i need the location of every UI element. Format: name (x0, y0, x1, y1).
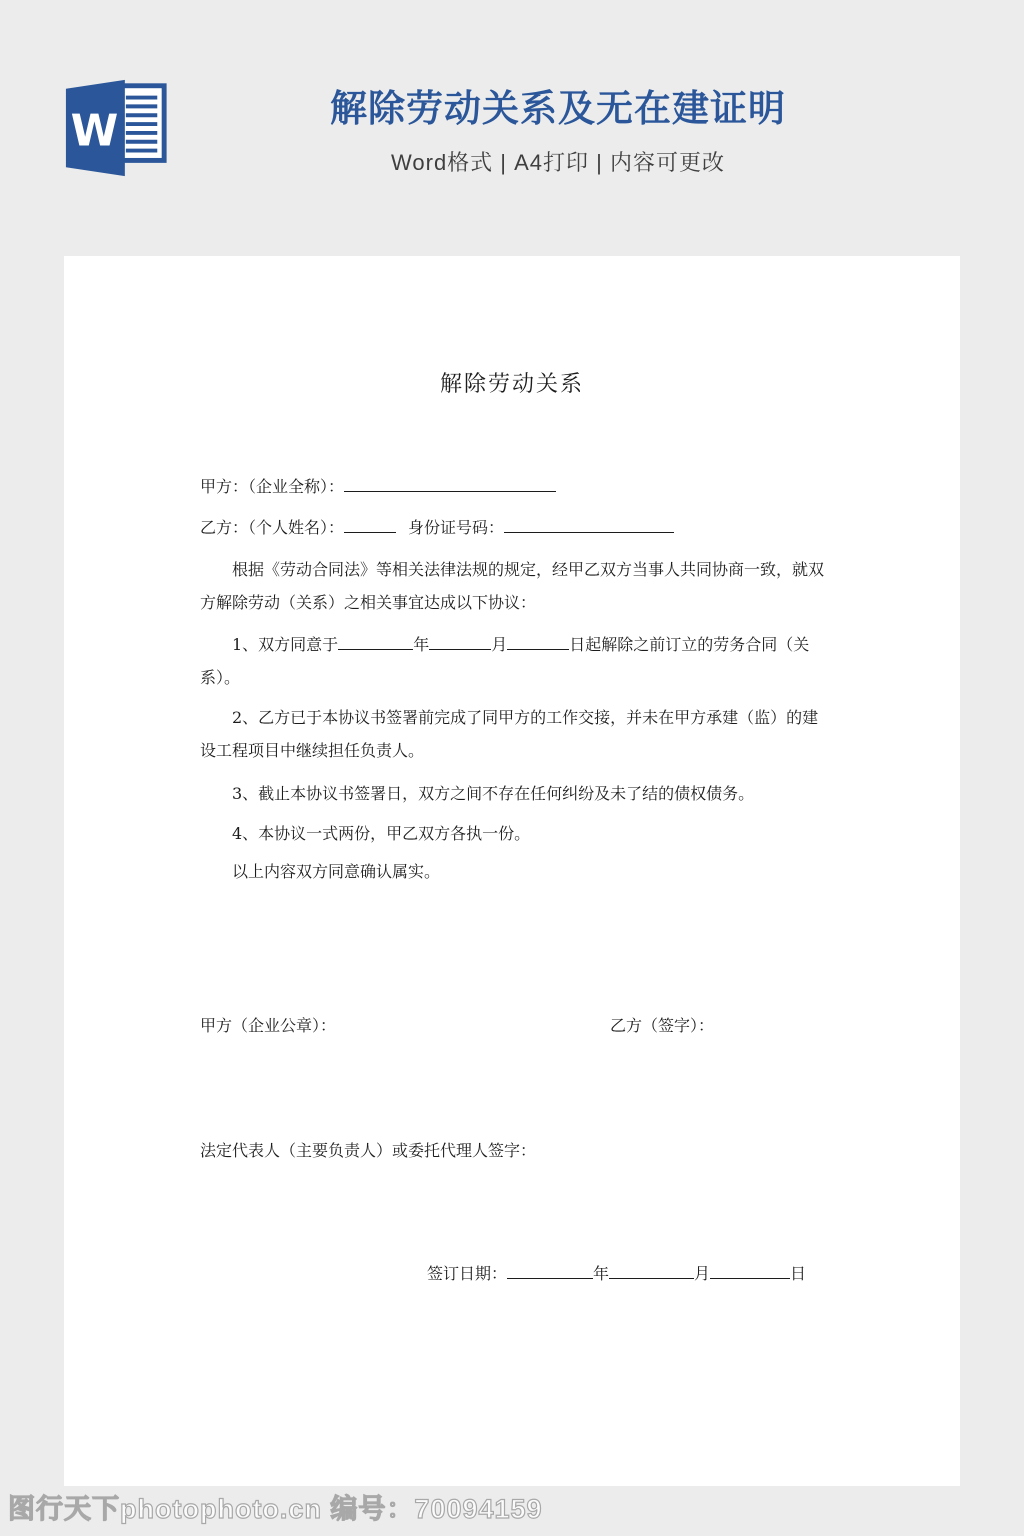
header-text-block: 解除劳动关系及无在建证明 Word格式 | A4打印 | 内容可更改 (0, 88, 1024, 177)
agreement-item-4: 4、本协议一式两份，甲乙双方各执一份。 (200, 817, 824, 850)
blank-year (338, 635, 413, 650)
blank-person-name (344, 518, 396, 533)
agreement-item-2: 2、乙方已于本协议书签署前完成了同甲方的工作交接，并未在甲方承建（监）的建设工程… (200, 701, 824, 767)
id-number-label: 身份证号码： (408, 518, 504, 537)
blank-day (507, 635, 569, 650)
blank-company-name (344, 477, 556, 492)
date-label: 签订日期： (427, 1264, 507, 1283)
date-year-label: 年 (593, 1264, 609, 1283)
party-b-line: 乙方：（个人姓名）：身份证号码： (200, 511, 824, 544)
party-b-label: 乙方：（个人姓名）： (200, 518, 344, 537)
item1-prefix: 1、双方同意于 (232, 635, 338, 654)
blank-month (429, 635, 491, 650)
confirmation-line: 以上内容双方同意确认属实。 (200, 855, 824, 888)
party-a-label: 甲方：（企业全称）： (200, 477, 344, 496)
signing-date-line: 签订日期：年月日 (427, 1257, 824, 1290)
item1-year-label: 年 (413, 635, 429, 654)
party-a-seal-label: 甲方（企业公章）： (200, 1016, 336, 1035)
date-day-label: 日 (790, 1264, 806, 1283)
blank-date-month (609, 1264, 694, 1279)
agreement-item-3: 3、截止本协议书签署日，双方之间不存在任何纠纷及未了结的债权债务。 (200, 777, 824, 810)
document-page: 解除劳动关系 甲方：（企业全称）： 乙方：（个人姓名）：身份证号码： 根据《劳动… (64, 256, 960, 1486)
agreement-item-1: 1、双方同意于年月日起解除之前订立的劳务合同（关系）。 (200, 628, 824, 694)
legal-representative-line: 法定代表人（主要负责人）或委托代理人签字： (200, 1134, 824, 1167)
site-watermark: 图行天下photophoto.cn 编号：70094159 (8, 1487, 1024, 1531)
template-title: 解除劳动关系及无在建证明 (92, 88, 1024, 130)
blank-date-day (710, 1264, 790, 1279)
party-b-sign-label: 乙方（签字）： (610, 1009, 714, 1042)
date-month-label: 月 (694, 1264, 710, 1283)
blank-id-number (504, 518, 674, 533)
document-title: 解除劳动关系 (200, 370, 824, 400)
signature-row: 甲方（企业公章）： 乙方（签字）： (200, 1009, 824, 1042)
intro-paragraph: 根据《劳动合同法》等相关法律法规的规定，经甲乙双方当事人共同协商一致，就双方解除… (200, 553, 824, 619)
party-a-line: 甲方：（企业全称）： (200, 470, 824, 503)
template-subtitle: Word格式 | A4打印 | 内容可更改 (92, 146, 1024, 177)
blank-date-year (507, 1264, 593, 1279)
template-header: W 解除劳动关系及无在建证明 Word格式 | A4打印 | 内容可更改 (0, 0, 1024, 256)
item1-month-label: 月 (491, 635, 507, 654)
